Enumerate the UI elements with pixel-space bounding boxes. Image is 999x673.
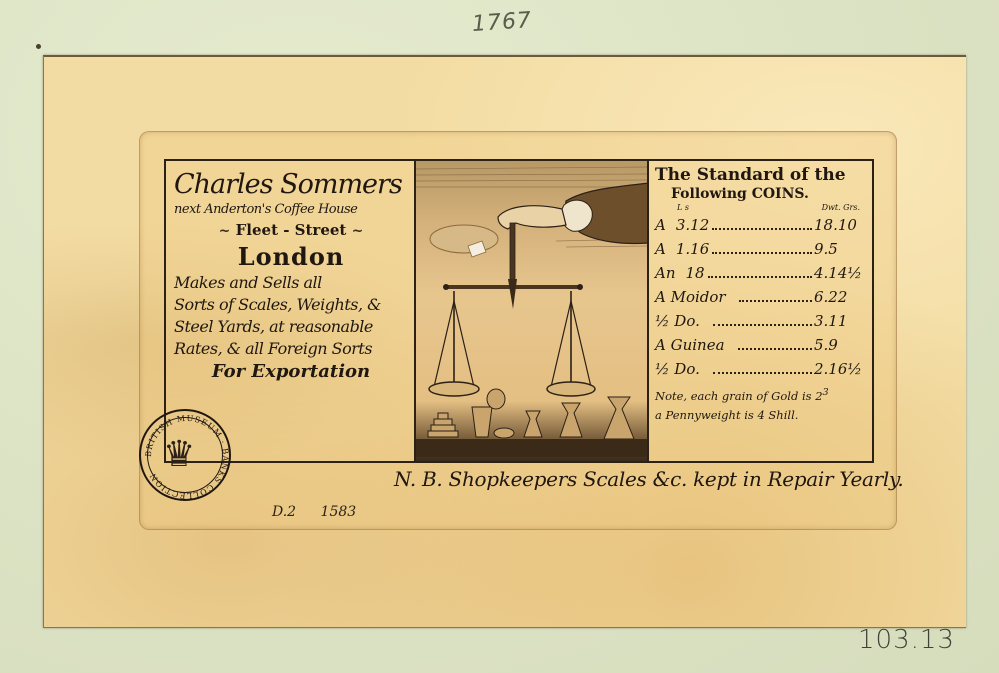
flourish-icon: ~ [352, 223, 364, 239]
gold-note-fraction: 3 [823, 387, 829, 398]
maker-city: London [174, 242, 408, 272]
repair-notice: N. B. Shopkeepers Scales &c. kept in Rep… [394, 467, 903, 491]
coin-weight: 5.9 [814, 333, 862, 357]
dot-leader [712, 252, 812, 254]
trade-card-paper: Charles Sommers next Anderton's Coffee H… [43, 55, 966, 628]
coin-table-subtitle: Following COINS. [655, 185, 862, 203]
col-head-weight: Dwt. Grs. [822, 203, 860, 213]
accession-number-annotation: 103.13 [858, 625, 955, 655]
crown-icon: ♛ [163, 437, 195, 473]
catalog-year-annotation: 1767 [471, 8, 533, 37]
col-head-value: L s [677, 203, 689, 213]
coin-weight: 9.5 [814, 237, 862, 261]
coin-value: 3.12 [676, 213, 709, 237]
coin-weight: 2.16½ [814, 357, 862, 381]
dot-leader [739, 300, 812, 302]
gold-note-line-1: Note, each grain of Gold is 23 [655, 385, 862, 404]
maker-address: next Anderton's Coffee House [174, 201, 408, 219]
museum-stamp: BRITISH MUSEUM · BANKS COLLECTION ♛ [139, 409, 231, 501]
corner-mark [36, 44, 41, 49]
coin-name: ½ Do. [655, 357, 700, 381]
coin-table: A3.1218.10A1.169.5An184.14½A Moidor6.22½… [655, 213, 862, 381]
coin-table-header: L s Dwt. Grs. [655, 203, 862, 213]
maker-street: ~ Fleet - Street ~ [174, 219, 408, 242]
coin-weight: 4.14½ [814, 261, 862, 285]
gold-note-text: Note, each grain of Gold is 2 [655, 389, 823, 403]
dot-leader [738, 348, 812, 350]
coin-weight: 6.22 [814, 285, 862, 309]
dot-leader [708, 276, 812, 278]
coin-row: An184.14½ [655, 261, 862, 285]
dot-leader [713, 324, 812, 326]
coin-row: A1.169.5 [655, 237, 862, 261]
balance-scale-icon [416, 161, 649, 457]
gold-note-line-2: a Pennyweight is 4 Shill. [655, 408, 862, 423]
maker-name: Charles Sommers [174, 169, 408, 201]
scale-illustration [416, 161, 649, 461]
coin-row: ½ Do.3.11 [655, 309, 862, 333]
exportation-line: For Exportation [174, 360, 408, 384]
coin-row: A Moidor6.22 [655, 285, 862, 309]
coin-name: A [655, 237, 666, 261]
trade-card-engraving: Charles Sommers next Anderton's Coffee H… [164, 159, 874, 463]
coin-value: 1.16 [676, 237, 709, 261]
coin-name: A Guinea [655, 333, 725, 357]
coin-value: 18 [686, 261, 705, 285]
coin-name: A [655, 213, 666, 237]
flourish-icon: ~ [219, 223, 231, 239]
coin-name: ½ Do. [655, 309, 700, 333]
trade-line-4: Rates, & all Foreign Sorts [174, 338, 408, 360]
coin-row: A Guinea5.9 [655, 333, 862, 357]
dot-leader [712, 228, 812, 230]
coin-weight: 3.11 [814, 309, 862, 333]
trade-line-2: Sorts of Scales, Weights, & [174, 294, 408, 316]
trade-line-1: Makes and Sells all [174, 272, 408, 294]
coin-row: A3.1218.10 [655, 213, 862, 237]
coin-name: An [655, 261, 676, 285]
coin-standard-panel: The Standard of the Following COINS. L s… [649, 161, 868, 461]
coin-name: A Moidor [655, 285, 726, 309]
dot-leader [713, 372, 812, 374]
coin-weight: 18.10 [814, 213, 862, 237]
coin-table-title: The Standard of the [655, 165, 862, 185]
street-text: Fleet - Street [236, 221, 347, 239]
trade-line-3: Steel Yards, at reasonable [174, 316, 408, 338]
coin-row: ½ Do.2.16½ [655, 357, 862, 381]
manuscript-note: D.2 1583 [272, 504, 356, 520]
